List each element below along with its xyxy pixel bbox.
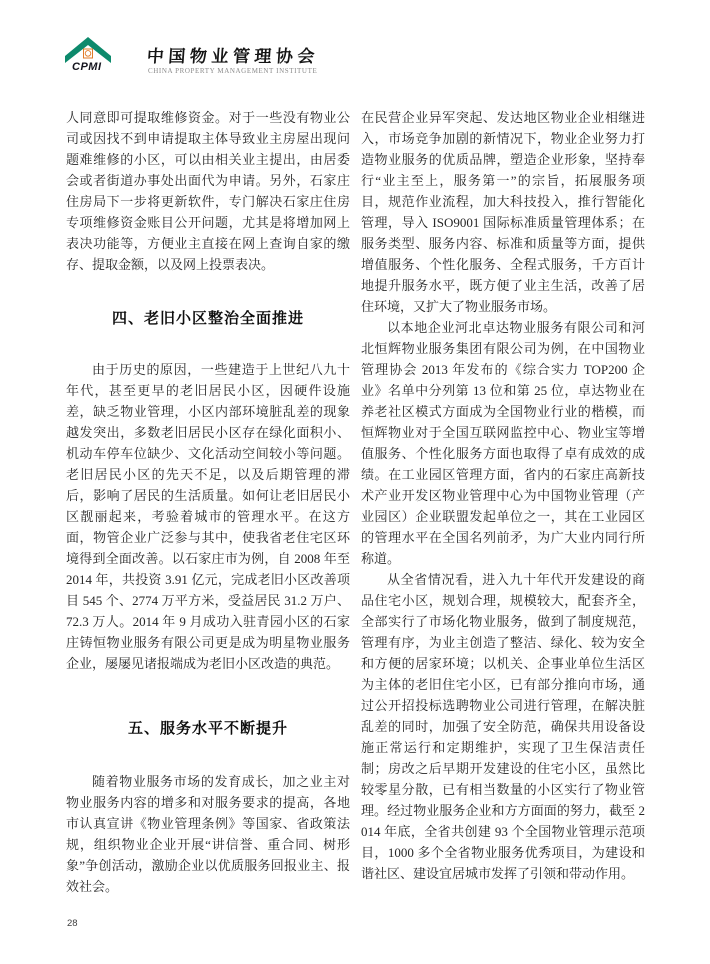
paragraph-r1: 在民营企业异军突起、发达地区物业企业相继进入，市场竞争加剧的新情况下，物业企业努… [361, 107, 645, 317]
page-header: CPMI 中国物业管理协会 CHINA PROPERTY MANAGEMENT … [0, 0, 710, 100]
org-name-cn: 中国物业管理协会 [146, 42, 348, 67]
paragraph-section5: 随着物业服务市场的发育成长，加之业主对物业服务内容的增多和对服务要求的提高，各地… [66, 771, 350, 897]
paragraph-r2: 以本地企业河北卓达物业服务有限公司和河北恒辉物业服务集团有限公司为例，在中国物业… [361, 317, 645, 569]
paragraph-r3: 从全省情况看，进入九十年代开发建设的商品住宅小区，规划合理，规模较大，配套齐全，… [361, 569, 645, 884]
page-number: 28 [67, 918, 78, 929]
paragraph-section4: 由于历史的原因，一些建造于上世纪八九十年代，甚至更早的老旧居民小区，因硬件设施差… [66, 359, 350, 674]
left-column: 人同意即可提取维修资金。对于一些没有物业公司或因找不到申请提取主体导致业主房屋出… [66, 107, 350, 897]
org-name-en: CHINA PROPERTY MANAGEMENT INSTITUTE [148, 67, 368, 75]
paragraph-continuation: 人同意即可提取维修资金。对于一些没有物业公司或因找不到申请提取主体导致业主房屋出… [66, 107, 350, 275]
cpmi-logo-icon: CPMI [64, 36, 114, 78]
document-page: CPMI 中国物业管理协会 CHINA PROPERTY MANAGEMENT … [0, 0, 710, 964]
section-heading-5: 五、服务水平不断提升 [66, 718, 350, 739]
section-heading-4: 四、老旧小区整治全面推进 [66, 308, 350, 329]
cpmi-label: CPMI [72, 61, 102, 73]
right-column: 在民营企业异军突起、发达地区物业企业相继进入，市场竞争加剧的新情况下，物业企业努… [361, 107, 645, 884]
